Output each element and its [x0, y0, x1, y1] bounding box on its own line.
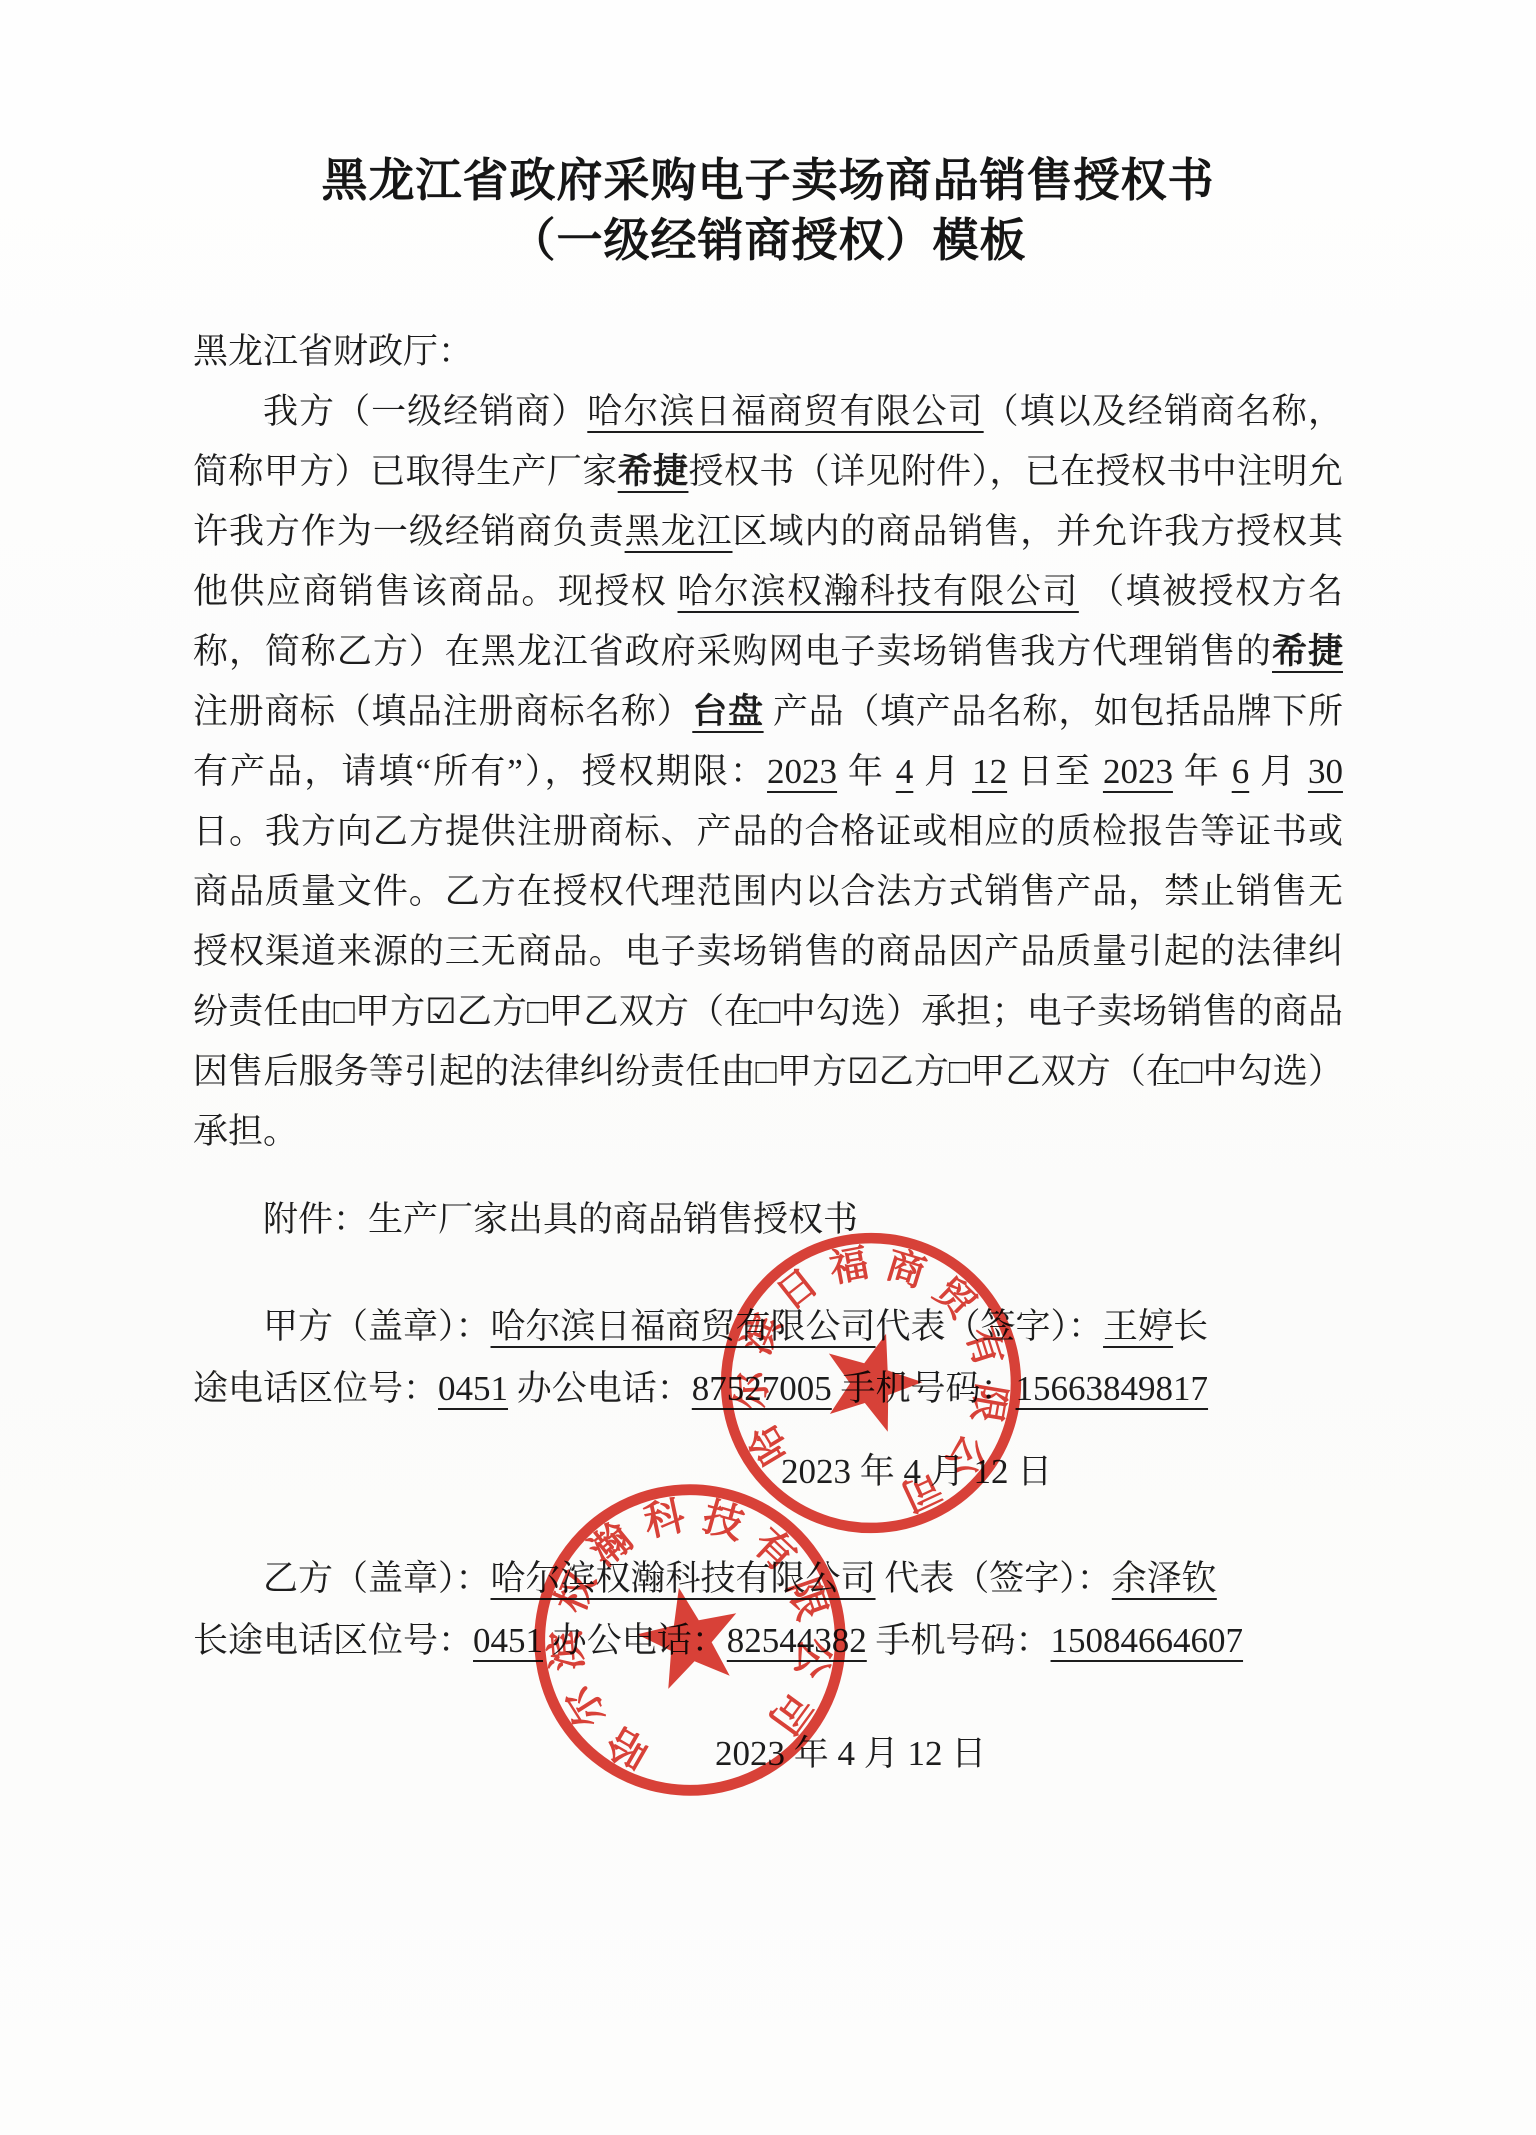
filled-blank-text: 希捷 [1272, 632, 1343, 671]
svg-text:福: 福 [826, 1242, 872, 1291]
body-text-run: 月 [1249, 752, 1308, 791]
body-text-run: 代表（签字）： [876, 1559, 1112, 1598]
document-page: 黑龙江省政府采购电子卖场商品销售授权书 （一级经销商授权）模板 黑龙江省财政厅：… [0, 0, 1536, 2135]
filled-blank-text: 哈尔滨日福商贸有限公司 [587, 392, 983, 431]
body-text-run: 甲方（盖章）： [263, 1307, 491, 1346]
filled-blank-text: 2023 [1103, 752, 1173, 791]
svg-text:滨: 滨 [543, 1629, 591, 1673]
salutation: 黑龙江省财政厅： [193, 322, 1343, 382]
filled-blank-text: 哈尔滨权瀚科技有限公司 [678, 572, 1079, 611]
filled-blank-text: 王婷 [1103, 1307, 1173, 1346]
filled-blank-text: 6 [1232, 752, 1250, 791]
filled-blank-text: 30 [1308, 752, 1343, 791]
body-text-run: 日至 [1007, 752, 1103, 791]
body-text-run: 长 [1173, 1307, 1208, 1346]
svg-text:科: 科 [640, 1493, 689, 1546]
seal-star-icon [812, 1319, 933, 1437]
svg-text:公: 公 [787, 1635, 837, 1681]
body-text-run: 办公电话： [508, 1369, 692, 1408]
filled-blank-text: 余泽钦 [1112, 1559, 1217, 1598]
svg-text:限: 限 [964, 1381, 1012, 1426]
filled-blank-text: 希捷 [618, 452, 689, 491]
svg-text:技: 技 [698, 1494, 749, 1548]
body-text-run: 途电话区位号： [193, 1369, 438, 1408]
document-title-line1: 黑龙江省政府采购电子卖场商品销售授权书 [193, 150, 1343, 210]
filled-blank-text: 4 [896, 752, 914, 791]
body-text-run: 注册商标（填品注册商标名称） [193, 692, 692, 731]
filled-blank-text: 台盘 [692, 692, 763, 731]
svg-text:尔: 尔 [730, 1369, 775, 1410]
body-text-run: 日。我方向乙方提供注册商标、产品的合格证或相应的质检报告等证书或商品质量文件。乙… [193, 812, 1343, 1151]
body-text-run: 手机号码： [867, 1621, 1051, 1660]
filled-blank-text: 12 [972, 752, 1007, 791]
filled-blank-text: 黑龙江 [625, 512, 733, 551]
body-paragraph: 我方（一级经销商）哈尔滨日福商贸有限公司（填以及经销商名称，简称甲方）已取得生产… [193, 382, 1343, 1162]
body-text-run: 我方（一级经销商） [263, 392, 587, 431]
filled-blank-text: 15084664607 [1051, 1621, 1244, 1660]
filled-blank-text: 0451 [438, 1369, 508, 1408]
body-text-run: 月 [913, 752, 972, 791]
filled-blank-text: 2023 [767, 752, 837, 791]
body-text-run: 乙方（盖章）： [263, 1559, 491, 1598]
body-text-run: 长途电话区位号： [193, 1621, 473, 1660]
body-text-run: 年 [837, 752, 896, 791]
seal-star-icon [629, 1577, 748, 1693]
party-b-company-seal-icon: 哈尔滨权瀚科技有限公司 [492, 1442, 888, 1838]
body-text-run: 年 [1173, 752, 1232, 791]
filled-blank-text: 15663849817 [1016, 1369, 1209, 1408]
document-title-line2: （一级经销商授权）模板 [193, 210, 1343, 270]
